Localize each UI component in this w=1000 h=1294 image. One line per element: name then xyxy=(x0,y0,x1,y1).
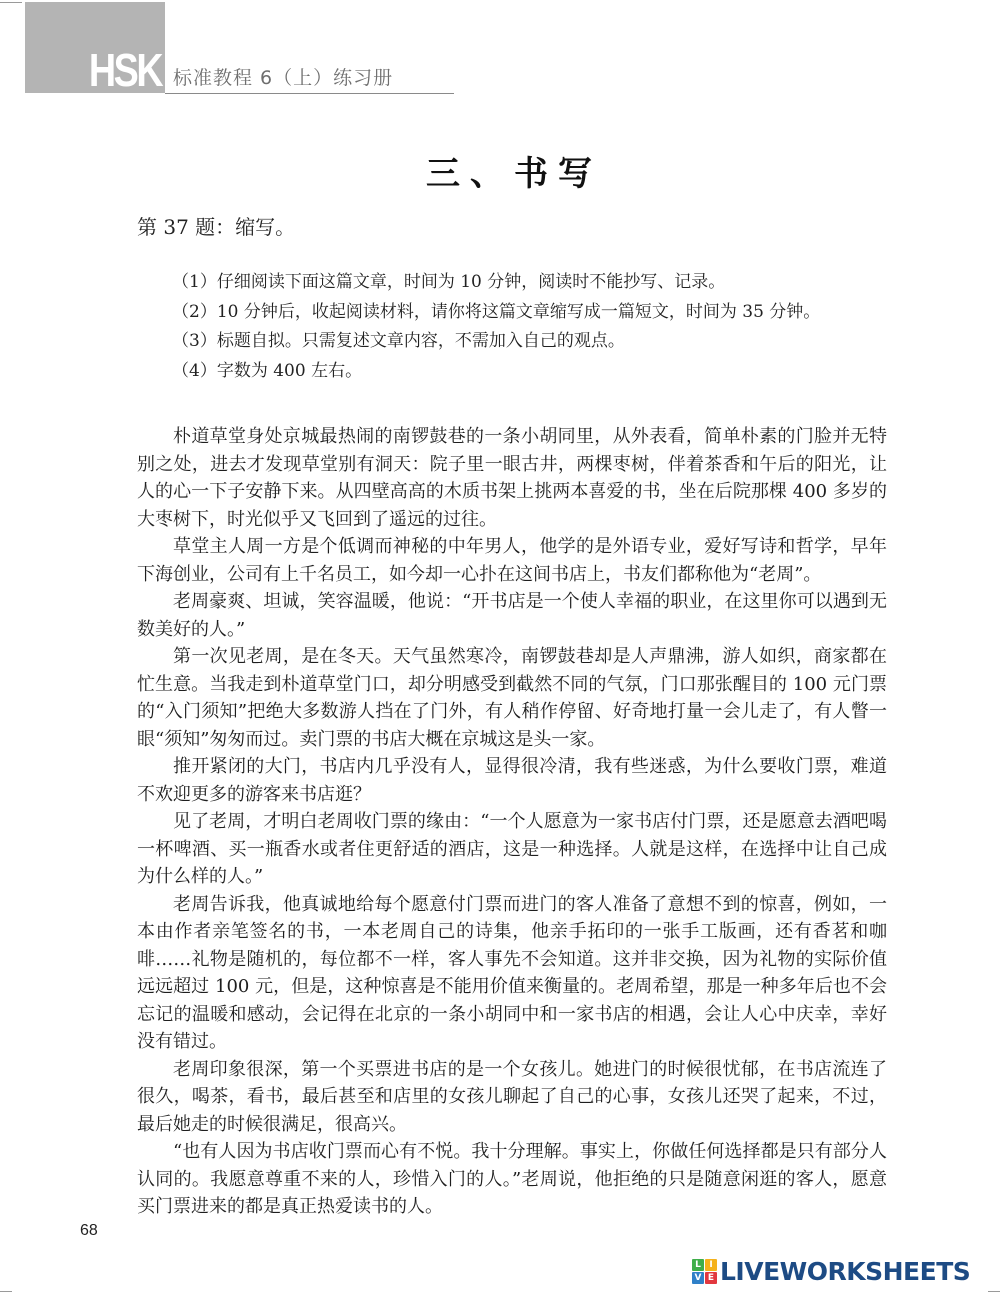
logo-block-v: V xyxy=(692,1272,704,1284)
logo-text: LIVEWORKSHEETS xyxy=(720,1257,970,1286)
passage-paragraph: 老周豪爽、坦诚，笑容温暖，他说：“开书店是一个使人幸福的职业，在这里你可以遇到无… xyxy=(137,588,887,643)
crop-mark-top-left xyxy=(0,2,22,3)
passage-paragraph: 见了老周，才明白老周收门票的缘由：“一个人愿意为一家书店付门票，还是愿意去酒吧喝… xyxy=(137,808,887,891)
instruction-item: （4）字数为 400 左右。 xyxy=(172,357,820,387)
question-title: 第 37 题：缩写。 xyxy=(137,211,295,240)
crop-mark-bottom-right xyxy=(988,1291,1000,1292)
logo-block-e: E xyxy=(705,1272,717,1284)
reading-passage: 朴道草堂身处京城最热闹的南锣鼓巷的一条小胡同里，从外表看，简单朴素的门脸并无特别… xyxy=(137,423,887,1221)
passage-paragraph: 老周告诉我，他真诚地给每个愿意付门票而进门的客人准备了意想不到的惊喜，例如，一本… xyxy=(137,891,887,1056)
passage-paragraph: 草堂主人周一方是个低调而神秘的中年男人，他学的是外语专业，爱好写诗和哲学，早年下… xyxy=(137,533,887,588)
logo-block-i: I xyxy=(705,1259,717,1271)
hsk-brand-text: HSK xyxy=(89,43,161,97)
header-rule xyxy=(165,93,454,94)
instruction-item: （1）仔细阅读下面这篇文章，时间为 10 分钟，阅读时不能抄写、记录。 xyxy=(172,268,820,298)
passage-paragraph: 第一次见老周，是在冬天。天气虽然寒冷，南锣鼓巷却是人声鼎沸，游人如织，商家都在忙… xyxy=(137,643,887,753)
page-number: 68 xyxy=(80,1222,98,1240)
instruction-item: （3）标题自拟。只需复述文章内容，不需加入自己的观点。 xyxy=(172,327,820,357)
live-blocks-icon: L I V E xyxy=(692,1259,717,1284)
passage-paragraph: 推开紧闭的大门，书店内几乎没有人，显得很冷清，我有些迷惑，为什么要收门票，难道不… xyxy=(137,753,887,808)
liveworksheets-logo: L I V E LIVEWORKSHEETS xyxy=(692,1256,970,1286)
passage-paragraph: 朴道草堂身处京城最热闹的南锣鼓巷的一条小胡同里，从外表看，简单朴素的门脸并无特别… xyxy=(137,423,887,533)
logo-block-l: L xyxy=(692,1259,704,1271)
instructions-list: （1）仔细阅读下面这篇文章，时间为 10 分钟，阅读时不能抄写、记录。 （2）1… xyxy=(172,268,820,386)
book-title: 标准教程 6（上）练习册 xyxy=(173,63,393,90)
passage-paragraph: 老周印象很深，第一个买票进书店的是一个女孩儿。她进门的时候很忧郁，在书店流连了很… xyxy=(137,1056,887,1139)
passage-paragraph: “也有人因为书店收门票而心有不悦。我十分理解。事实上，你做任何选择都是只有部分人… xyxy=(137,1138,887,1221)
crop-mark-bottom-left xyxy=(0,1291,12,1292)
section-title: 三、书写 xyxy=(0,146,1000,195)
instruction-item: （2）10 分钟后，收起阅读材料，请你将这篇文章缩写成一篇短文，时间为 35 分… xyxy=(172,298,820,328)
hsk-brand-box: HSK xyxy=(25,2,165,93)
